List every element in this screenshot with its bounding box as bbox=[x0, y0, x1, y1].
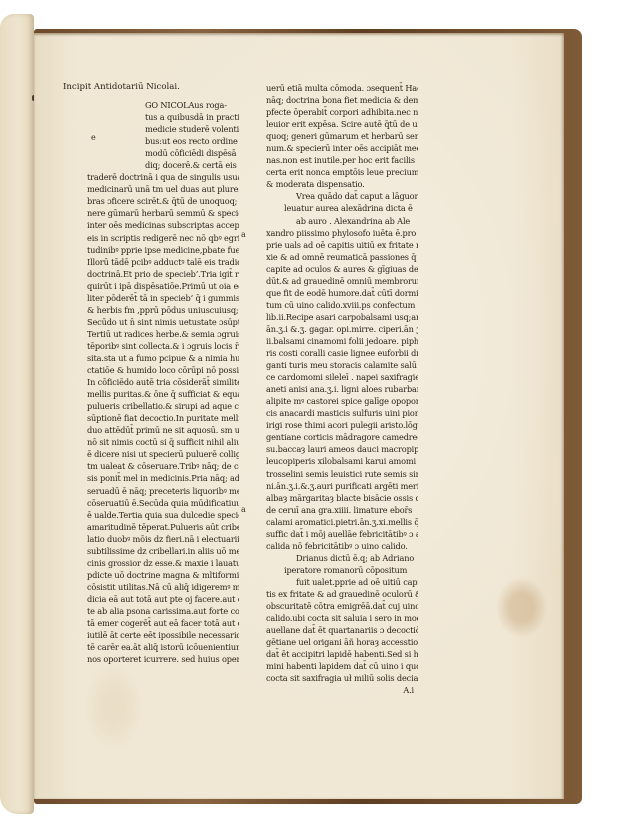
text-line: ganti turis meu storacis calamite salū bbox=[266, 359, 418, 371]
text-line: prie uals ad oē capitis uitiū ex fritate… bbox=[266, 239, 418, 251]
text-line: bus:ut eos recto ordine bbox=[87, 135, 239, 147]
text-line: & herbis fm ,pprū pōdus uniuscuiusq;. bbox=[87, 304, 239, 316]
text-line: ii.balsami cinamomi folii jedoare. piphe bbox=[266, 335, 418, 347]
text-line: obscuritatē cōtra emigrēā.dat̄ cuj uino bbox=[266, 600, 418, 612]
text-line: ab auro . Alexandrina ab Ale bbox=[266, 215, 418, 227]
text-line: medicinarū unā tm uel duas aut plures li bbox=[87, 183, 239, 195]
text-line: liter pōderēt̄ tā in specieb’ q̄ i gummi… bbox=[87, 292, 239, 304]
text-line: lib.ii.Recipe asari carpobalsami usq;ami bbox=[266, 311, 418, 323]
text-line: alipite mꝰ castorei spice galīge opopona bbox=[266, 395, 418, 407]
text-line: tm ualeat & cōseruare.Tribꝰ nāq; de cau bbox=[87, 460, 239, 472]
text-line: quoq; generi gūmarum et herbarū semi bbox=[266, 130, 418, 142]
text-line: leucopiperis xilobalsami karui amomi pe bbox=[266, 455, 418, 467]
text-line: nō sit nimis coctū si q̄ sufficit nihil … bbox=[87, 436, 239, 448]
text-line: Drianus dictū ē.q; ab Adriano bbox=[266, 552, 418, 564]
text-line: cis anacardi masticis sulfuris uini pion… bbox=[266, 407, 418, 419]
text-line: latio duobꝰ mōis dz fieri.nā i electuari… bbox=[87, 533, 239, 545]
text-line: que fit de eodē humore.dat̄ cūtī dormi bbox=[266, 287, 418, 299]
text-line: tis ex fritate & ad grauedinē oculorū & bbox=[266, 588, 418, 600]
text-line: xandro piissimo phylosofo iuēta ē.pro bbox=[266, 227, 418, 239]
text-line: num.& specierū inter oēs accipiāt medici bbox=[266, 142, 418, 154]
text-line: amaritudinē tēperat.Pulueris aūt cribel bbox=[87, 521, 239, 533]
text-line: modū cōficiēdi dispēsā bbox=[87, 147, 239, 159]
text-line: sis ponit̄ mel in medicinis.Pria nāq; ad… bbox=[87, 472, 239, 484]
text-line: tēporibꝰ sint collecta.& i ɔgruis locis … bbox=[87, 340, 239, 352]
guide-letter-a: a bbox=[241, 230, 246, 239]
text-line: dicia eā aut totā aut pte oj facere.aut … bbox=[87, 593, 239, 605]
text-line: medicie studerē volenti bbox=[87, 123, 239, 135]
text-line: te ab alia psona carissima.aut forte cor… bbox=[87, 605, 239, 617]
text-line: trosselini semis leuistici rute semis si… bbox=[266, 468, 418, 480]
text-line: tudinibꝰ pprie ipse medicine,pbate fueri… bbox=[87, 244, 239, 256]
text-line: mini habenti lapidem dat̄ cū uino i quo bbox=[266, 660, 418, 672]
text-line: dūt.& ad grauedinē omniū membrorum bbox=[266, 275, 418, 287]
text-line: leuior erit expēsa. Scire autē q̄tū de u… bbox=[266, 118, 418, 130]
text-line: tum cū uino calido.xviii.ps confectum ē bbox=[266, 299, 418, 311]
guide-letter-a: a bbox=[241, 505, 246, 514]
text-line: calida nō febricitātibꝰ ɔ uino calido. bbox=[266, 540, 418, 552]
left-page-edge bbox=[0, 14, 34, 814]
text-line: nos oporteret icurrere. sed huius operis bbox=[87, 653, 239, 665]
book-page: Incipit Antidotariū Nicolai. e a a GO NI… bbox=[34, 33, 564, 799]
text-line: tus a quibusdā in practica bbox=[87, 111, 239, 123]
text-line: certa erit nonca emptōis leue precium bbox=[266, 166, 418, 178]
text-line: capite ad oculos & aures & gīgiuas desce bbox=[266, 263, 418, 275]
text-line: ris costi coralli casie lignee euforbii … bbox=[266, 347, 418, 359]
text-line: sita.sta ut a fumo pcipue & a nimia hume bbox=[87, 352, 239, 364]
text-line: ān.ʒ.i &.ʒ. gagar. opi.mirre. ciperi.ān … bbox=[266, 323, 418, 335]
text-line: cōseruatiū ē.Secūda quia mūdificatiuum bbox=[87, 497, 239, 509]
page-heading: Incipit Antidotariū Nicolai. bbox=[63, 82, 180, 92]
text-line: calami aromatici.pietri.ān.ʒ.xi.mellis q… bbox=[266, 516, 418, 528]
text-line: Illorū tādē pcibꝰ adductꝰ talē eis tradi… bbox=[87, 256, 239, 268]
text-line: cōsistit utilitas.Nā cū aliq̄ idigeremꝰ … bbox=[87, 581, 239, 593]
text-line: quirūt i ipā dispēsatiōe.Primū ut oia eq… bbox=[87, 280, 239, 292]
text-line: iperatore romanorū cōpositum bbox=[266, 564, 418, 576]
text-line: mellis puritas.& ōne q̄ sufficiat & equa… bbox=[87, 388, 239, 400]
text-line: subtilissime dz cribellari.in aliis uō m… bbox=[87, 545, 239, 557]
text-line: Secūdo ut n̄ sint nimis uetustate ɔsūpta bbox=[87, 316, 239, 328]
text-line: Tertiū ut radices herbe.& semia ɔgruis bbox=[87, 328, 239, 340]
text-line: uerū etiā multa cōmoda. ɔsequent̄ Hac bbox=[266, 82, 418, 94]
text-line: gentiane corticis mādragore camedreos bbox=[266, 431, 418, 443]
text-line: suffic dat̄ i mōj auellāe febricitātibꝰ … bbox=[266, 528, 418, 540]
text-line: ē ualde.Tertia quia sua dulcedie specier… bbox=[87, 509, 239, 521]
text-line: nere gūmarū herbarū semmū & specie; bbox=[87, 207, 239, 219]
text-column-right: uerū etiā multa cōmoda. ɔsequent̄ Hac nā… bbox=[266, 82, 418, 696]
text-line: ni.ān.ʒ.i.&.ʒ.auri purificati argēti mer… bbox=[266, 480, 418, 492]
signature-mark: A.i bbox=[266, 684, 418, 696]
text-line: sūptionē fiat decoctio.In puritate melli… bbox=[87, 412, 239, 424]
text-line: ē dicere nisi ut specierū puluerē collig… bbox=[87, 448, 239, 460]
text-line: doctrinā.Et prio de specieb’.Tria igit̄ … bbox=[87, 268, 239, 280]
text-line: nāq; doctrina bona fiet medicia & demū bbox=[266, 94, 418, 106]
text-line: nas.non est inutile.per hoc erit facilis… bbox=[266, 154, 418, 166]
text-line: seruadū ē nāq; preceteris liquoribꝰ mel bbox=[87, 485, 239, 497]
text-line: leuatur aurea alexādrina dicta ē bbox=[266, 202, 418, 214]
text-line: tē carēr ea.āt aliq̄ istorū icōuenientiu… bbox=[87, 641, 239, 653]
text-line: xie & ad omnē reumaticā passiones q̄ a bbox=[266, 251, 418, 263]
text-line: irigi rose thimi acori pulegii aristo.lō… bbox=[266, 419, 418, 431]
text-line: gētiane uel origani āñ horaȝ accesstioni… bbox=[266, 636, 418, 648]
text-line: iutilē āt certe eēt ipossibile necessari… bbox=[87, 629, 239, 641]
text-line: duo attēdūt̄ primū ne sit aquosū. sm ut bbox=[87, 424, 239, 436]
text-line: aneti anisi ana.ʒ.i. ligni aloes rubarba… bbox=[266, 383, 418, 395]
text-line: tā emer cogerēt̄ aut eā facer totā aut o… bbox=[87, 617, 239, 629]
text-line: pulueris cribellatio.& sirupi ad aque co… bbox=[87, 400, 239, 412]
text-line: traderē doctrinā i qua de singulis usuai… bbox=[87, 171, 239, 183]
text-line: Vrea quādo dat̄ caput a lāguor bbox=[266, 190, 418, 202]
text-line: diq; docerē.& certā eis bbox=[87, 159, 239, 171]
text-line: cinis grossior dz esse.& maxie i lauatui… bbox=[87, 557, 239, 569]
text-line: pdicte uō doctrine magna & mltiformit̄ bbox=[87, 569, 239, 581]
text-column-left: GO NICOLAus roga- tus a quibusdā in prac… bbox=[87, 99, 239, 665]
text-line: cocta sit saxifragia uł miliū solis deci… bbox=[266, 672, 418, 684]
text-line: calido.ubi cocta sit saluia i sero in mo… bbox=[266, 612, 418, 624]
text-line: albaȝ mārgaritaȝ blacte bisācie ossis d̄… bbox=[266, 492, 418, 504]
text-line: su.baccaȝ lauri ameos dauci macropipis bbox=[266, 443, 418, 455]
text-line: ctatiōe & humido loco cōrūpi nō possit. bbox=[87, 364, 239, 376]
text-line: inter oēs medicinas subscriptas acceperē… bbox=[87, 219, 239, 231]
text-line: & moderata dispensatio. bbox=[266, 178, 418, 190]
text-line: dat̄ ēt accipitri lapidē habenti.Sed si … bbox=[266, 648, 418, 660]
text-line: ce cardomomi sileleī . napei saxifragie bbox=[266, 371, 418, 383]
text-line: eis in scriptis redigerē nec nō qbꝰ egri… bbox=[87, 232, 239, 244]
text-line: auellane dat̄ ēt quartanariis ɔ decoctiō… bbox=[266, 624, 418, 636]
text-line: GO NICOLAus roga- bbox=[87, 99, 239, 111]
text-line: bras ɔficere scirēt.& q̄tū de unoquoq; g… bbox=[87, 195, 239, 207]
text-line: fuit ualet.pprie ad oē uitiū capi bbox=[266, 576, 418, 588]
text-line: de ceruī ana gra.xiiii. limature ebor̄s bbox=[266, 504, 418, 516]
text-line: pfecte ōperabit̄ corpori adhibita.nec nō bbox=[266, 106, 418, 118]
text-line: In cōficiēdo autē tria cōsiderāt̄ simili… bbox=[87, 376, 239, 388]
